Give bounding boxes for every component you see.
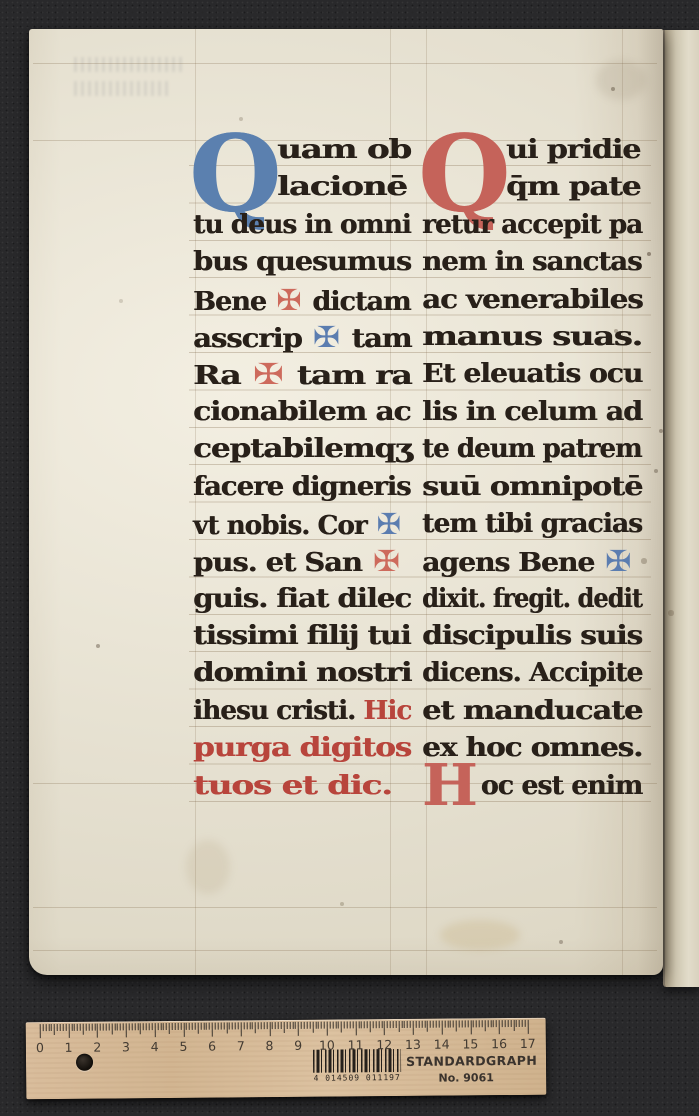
ruler: 01234567891011121314151617 4 014509 0111… xyxy=(26,1018,547,1100)
parchment-stain xyxy=(596,60,646,100)
ruler-tick xyxy=(94,1024,95,1031)
ruler-tick xyxy=(441,1021,442,1035)
maltese-cross-icon: ✠ xyxy=(276,283,301,317)
ruler-cm-label: 8 xyxy=(265,1038,273,1053)
text-line: et manducate xyxy=(422,693,642,730)
ruler-brand: STANDARDGRAPH xyxy=(406,1053,526,1069)
ruler-tick xyxy=(68,1024,69,1038)
ruler-tick xyxy=(149,1023,150,1030)
ruler-tick xyxy=(286,1022,287,1029)
text-line: agens Bene✠ xyxy=(422,543,642,580)
ruler-cm-label: 15 xyxy=(462,1036,478,1051)
ruler-tick xyxy=(358,1021,359,1028)
ruler-ticks xyxy=(26,1019,546,1024)
text-segment: tem tibi gracias xyxy=(422,509,642,539)
text-column-left: Quam oblacionētu deus in omnibus quesumu… xyxy=(193,132,411,805)
ruler-tick xyxy=(470,1020,471,1034)
ruler-tick xyxy=(255,1022,256,1033)
ruler-tick xyxy=(249,1022,250,1029)
ruler-tick xyxy=(407,1021,408,1028)
ruler-tick xyxy=(482,1020,483,1027)
text-line: nem in sanctas xyxy=(422,244,642,281)
text-segment: lis in celum ad xyxy=(422,397,642,427)
ruler-tick xyxy=(401,1021,402,1028)
ruler-tick xyxy=(416,1021,417,1028)
ruler-cm-label: 7 xyxy=(237,1038,245,1053)
text-segment: asscrip xyxy=(193,324,302,354)
text-line: tuos et dic. xyxy=(193,768,411,805)
ruler-tick xyxy=(439,1021,440,1028)
ruler-tick xyxy=(215,1023,216,1030)
ruler-tick xyxy=(86,1024,87,1031)
text-segment: manus suas. xyxy=(422,322,642,352)
text-segment: Ra xyxy=(193,361,240,391)
ruler-tick xyxy=(490,1020,491,1027)
text-line: facere digneris xyxy=(193,469,411,506)
ruler-tick xyxy=(45,1024,46,1031)
ruler-tick xyxy=(522,1020,523,1027)
ruler-tick xyxy=(229,1022,230,1029)
ruler-tick xyxy=(404,1021,405,1028)
ruler-cm-label: 13 xyxy=(405,1037,421,1052)
text-segment: tuos et dic. xyxy=(193,771,392,801)
ruler-tick xyxy=(264,1022,265,1029)
maltese-cross-icon: ✠ xyxy=(605,544,631,578)
ruler-tick xyxy=(413,1021,414,1035)
ruler-tick xyxy=(410,1021,411,1028)
ruler-tick xyxy=(223,1023,224,1030)
ruler-tick xyxy=(350,1021,351,1028)
ruler-tick xyxy=(154,1023,155,1037)
text-line: domini nostri xyxy=(193,655,411,692)
ruler-tick xyxy=(499,1020,500,1034)
ruler-tick xyxy=(97,1024,98,1038)
ruler-tick xyxy=(284,1022,285,1033)
parchment-stain xyxy=(186,840,230,894)
ruler-tick xyxy=(88,1024,89,1031)
ruler-tick xyxy=(361,1021,362,1028)
ruler-tick xyxy=(66,1024,67,1031)
ruler-tick xyxy=(57,1024,58,1031)
text-line: te deum patrem xyxy=(422,431,642,468)
ruler-tick xyxy=(152,1023,153,1030)
ruler-tick xyxy=(295,1022,296,1029)
ruler-tick xyxy=(513,1020,514,1031)
ruler-tick xyxy=(516,1020,517,1027)
ruler-tick xyxy=(103,1024,104,1031)
ruler-tick xyxy=(367,1021,368,1028)
ruler-tick xyxy=(528,1020,529,1034)
text-segment: et manducate xyxy=(422,696,642,726)
text-segment: ihesu cristi. xyxy=(193,696,363,726)
ruler-tick xyxy=(189,1023,190,1030)
ruler-tick xyxy=(462,1020,463,1027)
ruler-tick xyxy=(209,1023,210,1030)
ruler-cm-label: 6 xyxy=(208,1039,216,1054)
ruling-line-horizontal xyxy=(33,950,657,951)
text-segment: guis. fiat dilec xyxy=(193,584,411,614)
ruler-tick xyxy=(129,1023,130,1030)
ruler-tick xyxy=(324,1022,325,1029)
ruler-tick xyxy=(48,1024,49,1031)
ruler-tick xyxy=(505,1020,506,1027)
facing-page-edge xyxy=(663,30,699,987)
ruler-tick xyxy=(447,1021,448,1028)
ruler-tick xyxy=(519,1020,520,1027)
ruler-tick xyxy=(453,1021,454,1028)
ruler-tick xyxy=(493,1020,494,1027)
text-line: guis. fiat dilec xyxy=(193,581,411,618)
barcode xyxy=(313,1049,401,1073)
ruler-tick xyxy=(338,1022,339,1029)
ruler-tick xyxy=(309,1022,310,1029)
text-segment: dixit. fregit. dedit xyxy=(422,584,642,614)
text-segment: purga digitos xyxy=(193,733,411,763)
text-segment: ui pridie xyxy=(506,135,640,165)
ruler-tick xyxy=(192,1023,193,1030)
showthrough-text xyxy=(74,57,184,119)
ruler-tick xyxy=(218,1023,219,1030)
ruler-tick xyxy=(424,1021,425,1028)
ruler-tick xyxy=(433,1021,434,1028)
ruler-tick xyxy=(430,1021,431,1028)
ruler-tick xyxy=(132,1023,133,1030)
ruler-tick xyxy=(301,1022,302,1029)
text-column-right: Qui pridieq̄m pateretur accepit panem in… xyxy=(422,132,642,805)
text-line: Et eleuatis ocu xyxy=(422,356,642,393)
text-line: tem tibi gracias xyxy=(422,506,642,543)
text-segment: nem in sanctas xyxy=(422,247,642,277)
ruler-tick xyxy=(378,1021,379,1028)
ruler-tick xyxy=(71,1024,72,1031)
text-segment: bus quesumus xyxy=(193,247,411,277)
text-segment: te deum patrem xyxy=(422,434,642,464)
ruler-tick xyxy=(114,1023,115,1030)
text-segment: uam ob xyxy=(277,135,411,165)
ruler-tick xyxy=(341,1022,342,1033)
ruler-tick xyxy=(398,1021,399,1032)
ruler-tick xyxy=(172,1023,173,1030)
ruler-tick xyxy=(321,1022,322,1029)
ruler-tick xyxy=(427,1021,428,1032)
ruler-cm-label: 17 xyxy=(520,1036,536,1051)
text-line: ihesu cristi. Hic xyxy=(193,693,411,730)
ruler-tick xyxy=(100,1024,101,1031)
text-segment: tu deus in omni xyxy=(193,210,411,240)
text-segment: tam xyxy=(351,324,411,354)
text-segment: dictam xyxy=(312,287,410,317)
ruler-tick xyxy=(444,1021,445,1028)
text-line: ac venerabiles xyxy=(422,282,642,319)
text-line: lis in celum ad xyxy=(422,394,642,431)
ruler-tick xyxy=(203,1023,204,1030)
ruling-line-horizontal xyxy=(33,907,657,908)
ruler-tick xyxy=(496,1020,497,1027)
ruling-line-horizontal xyxy=(33,63,657,64)
text-line: cionabilem ac xyxy=(193,394,411,431)
text-line: bus quesumus xyxy=(193,244,411,281)
text-segment: tam ra xyxy=(297,361,412,391)
ruler-tick xyxy=(54,1024,55,1035)
ruler-tick xyxy=(375,1021,376,1028)
ruler-tick xyxy=(281,1022,282,1029)
ruler-tick xyxy=(473,1020,474,1027)
text-line: tissimi filij tui xyxy=(193,618,411,655)
ruler-tick xyxy=(464,1020,465,1027)
text-segment: Hic xyxy=(363,696,411,726)
ruler-tick xyxy=(60,1024,61,1031)
text-segment: ac venerabiles xyxy=(422,285,643,315)
ruler-tick xyxy=(146,1023,147,1030)
ruler-cm-label: 5 xyxy=(179,1039,187,1054)
maltese-cross-icon: ✠ xyxy=(313,320,340,354)
text-segment: cionabilem ac xyxy=(193,397,410,427)
ruler-tick xyxy=(275,1022,276,1029)
maltese-cross-icon: ✠ xyxy=(377,507,402,541)
ruler-model: No. 9061 xyxy=(406,1071,526,1085)
ruler-tick xyxy=(91,1024,92,1031)
ruler-tick xyxy=(315,1022,316,1029)
text-line: purga digitos xyxy=(193,730,411,767)
ruler-tick xyxy=(344,1021,345,1028)
manuscript-page: Quam oblacionētu deus in omnibus quesumu… xyxy=(29,29,663,975)
ruler-tick xyxy=(258,1022,259,1029)
ruler-tick xyxy=(312,1022,313,1033)
ruler-tick xyxy=(292,1022,293,1029)
ruler-cm-label: 14 xyxy=(434,1037,450,1052)
ruler-tick xyxy=(384,1021,385,1035)
ruler-tick xyxy=(157,1023,158,1030)
ruler-tick xyxy=(347,1021,348,1028)
ruler-cm-label: 1 xyxy=(65,1040,73,1055)
ruler-tick xyxy=(40,1024,41,1038)
ruler-tick xyxy=(111,1024,112,1035)
text-segment: agens Bene xyxy=(422,548,594,578)
ruler-tick xyxy=(177,1023,178,1030)
ruler-tick xyxy=(198,1023,199,1034)
ruler-tick xyxy=(450,1021,451,1028)
ruler-tick xyxy=(393,1021,394,1028)
ruler-tick xyxy=(396,1021,397,1028)
text-line: discipulis suis xyxy=(422,618,642,655)
ruler-tick xyxy=(109,1024,110,1031)
ruler-tick xyxy=(485,1020,486,1031)
ruler-tick xyxy=(335,1022,336,1029)
ruler-tick xyxy=(278,1022,279,1029)
text-segment: q̄m pate xyxy=(506,172,640,202)
ruler-tick xyxy=(353,1021,354,1028)
ruler-tick xyxy=(261,1022,262,1029)
ruler-tick xyxy=(364,1021,365,1028)
ruler-tick xyxy=(77,1024,78,1031)
ruler-tick xyxy=(304,1022,305,1029)
ruler-tick xyxy=(487,1020,488,1027)
ruler-tick xyxy=(387,1021,388,1028)
text-line: manus suas. xyxy=(422,319,642,356)
ruler-tick xyxy=(272,1022,273,1029)
ruler-tick xyxy=(169,1023,170,1034)
ruler-tick xyxy=(246,1022,247,1029)
ruler-tick xyxy=(436,1021,437,1028)
ruler-hole xyxy=(76,1054,93,1071)
ruler-tick xyxy=(206,1023,207,1030)
text-segment: retur accepit pa xyxy=(422,210,642,240)
text-line: Bene✠dictam xyxy=(193,282,411,319)
ruler-tick xyxy=(63,1024,64,1031)
ruler-tick xyxy=(235,1022,236,1029)
text-line: retur accepit pa xyxy=(422,207,642,244)
barcode-digits: 4 014509 011197 xyxy=(309,1073,405,1083)
text-line: uam ob xyxy=(193,132,411,169)
ruler-tick xyxy=(238,1022,239,1029)
ruler-tick xyxy=(381,1021,382,1028)
text-segment: H xyxy=(422,767,478,804)
text-line: ui pridie xyxy=(422,132,642,169)
ruler-tick xyxy=(43,1024,44,1031)
ruler-tick xyxy=(51,1024,52,1031)
ruler-tick xyxy=(456,1021,457,1032)
ruler-cm-label: 4 xyxy=(151,1039,159,1054)
text-segment: discipulis suis xyxy=(422,621,642,651)
maltese-cross-icon: ✠ xyxy=(253,357,284,391)
ruler-tick xyxy=(120,1023,121,1030)
text-line: dicens. Accipite xyxy=(422,655,642,692)
ruler-tick xyxy=(186,1023,187,1030)
ruler-tick xyxy=(180,1023,181,1030)
text-segment: vt nobis. Cor xyxy=(193,511,367,541)
ruler-tick xyxy=(74,1024,75,1031)
ruler-tick xyxy=(140,1023,141,1034)
ruler-tick xyxy=(525,1020,526,1027)
ruler-tick xyxy=(502,1020,503,1027)
ruler-tick xyxy=(241,1022,242,1036)
ruler-tick xyxy=(195,1023,196,1030)
ruler-tick xyxy=(117,1023,118,1030)
text-segment: pus. et San xyxy=(193,548,362,578)
ruler-tick xyxy=(106,1024,107,1031)
ruler-tick xyxy=(289,1022,290,1029)
ruler-tick xyxy=(166,1023,167,1030)
parchment-specks xyxy=(0,0,2,2)
ruler-tick xyxy=(226,1023,227,1034)
ruler-cm-label: 2 xyxy=(93,1040,101,1055)
ruler-tick xyxy=(318,1022,319,1029)
ruler-tick xyxy=(175,1023,176,1030)
ruler-tick xyxy=(421,1021,422,1028)
maltese-cross-icon: ✠ xyxy=(373,544,400,578)
ruler-tick xyxy=(123,1023,124,1030)
ruler-tick xyxy=(419,1021,420,1028)
ruler-tick xyxy=(507,1020,508,1027)
text-segment: facere digneris xyxy=(193,472,411,502)
text-line: asscrip✠tam xyxy=(193,319,411,356)
ruler-tick xyxy=(266,1022,267,1029)
ruler-tick xyxy=(160,1023,161,1030)
ruler-tick xyxy=(252,1022,253,1029)
ruler-tick xyxy=(269,1022,270,1036)
ruler-tick xyxy=(183,1023,184,1037)
text-line: dixit. fregit. dedit xyxy=(422,581,642,618)
ruler-tick xyxy=(332,1022,333,1029)
ruler-tick xyxy=(298,1022,299,1036)
text-segment: domini nostri xyxy=(193,658,411,688)
ruler-tick xyxy=(370,1021,371,1032)
parchment-stain xyxy=(440,920,520,950)
ruler-tick xyxy=(220,1023,221,1030)
text-line: Hoc est enim xyxy=(422,768,642,805)
text-segment: dicens. Accipite xyxy=(422,658,642,688)
ruler-tick xyxy=(137,1023,138,1030)
text-segment: Et eleuatis ocu xyxy=(422,359,642,389)
ruler-tick xyxy=(467,1020,468,1027)
text-line: q̄m pate xyxy=(422,169,642,206)
text-segment: ceptabilemqʒ xyxy=(193,434,411,464)
text-line: tu deus in omni xyxy=(193,207,411,244)
ruler-cm-label: 0 xyxy=(36,1040,44,1055)
ruler-tick xyxy=(373,1021,374,1028)
ruler-tick xyxy=(355,1021,356,1035)
text-segment: lacionē xyxy=(277,172,407,202)
text-line: pus. et San✠ xyxy=(193,543,411,580)
text-segment: tissimi filij tui xyxy=(193,621,410,651)
ruler-cm-label: 3 xyxy=(122,1039,130,1054)
ruler-tick xyxy=(479,1020,480,1027)
ruler-tick xyxy=(200,1023,201,1030)
text-line: Ra✠tam ra xyxy=(193,356,411,393)
ruler-tick xyxy=(243,1022,244,1029)
ruler-tick xyxy=(143,1023,144,1030)
ruler-tick xyxy=(80,1024,81,1031)
text-line: vt nobis. Cor✠ xyxy=(193,506,411,543)
ruler-cm-label: 9 xyxy=(294,1038,302,1053)
ruler-tick xyxy=(390,1021,391,1028)
ruler-tick xyxy=(327,1022,328,1036)
text-segment: Bene xyxy=(193,287,266,317)
ruler-tick xyxy=(459,1020,460,1027)
ruler-tick xyxy=(126,1023,127,1037)
ruler-tick xyxy=(232,1022,233,1029)
ruler-tick xyxy=(212,1023,213,1037)
text-line: ceptabilemqʒ xyxy=(193,431,411,468)
text-line: suū omnipotē xyxy=(422,469,642,506)
ruler-tick xyxy=(307,1022,308,1029)
text-line: lacionē xyxy=(193,169,411,206)
ruler-tick xyxy=(163,1023,164,1030)
text-segment: suū omnipotē xyxy=(422,472,642,502)
ruler-cm-label: 16 xyxy=(491,1036,507,1051)
text-segment: oc est enim xyxy=(481,771,642,801)
ruler-tick xyxy=(134,1023,135,1030)
ruler-tick xyxy=(330,1022,331,1029)
ruler-tick xyxy=(476,1020,477,1027)
ruler-tick xyxy=(83,1024,84,1035)
ruler-tick xyxy=(510,1020,511,1027)
